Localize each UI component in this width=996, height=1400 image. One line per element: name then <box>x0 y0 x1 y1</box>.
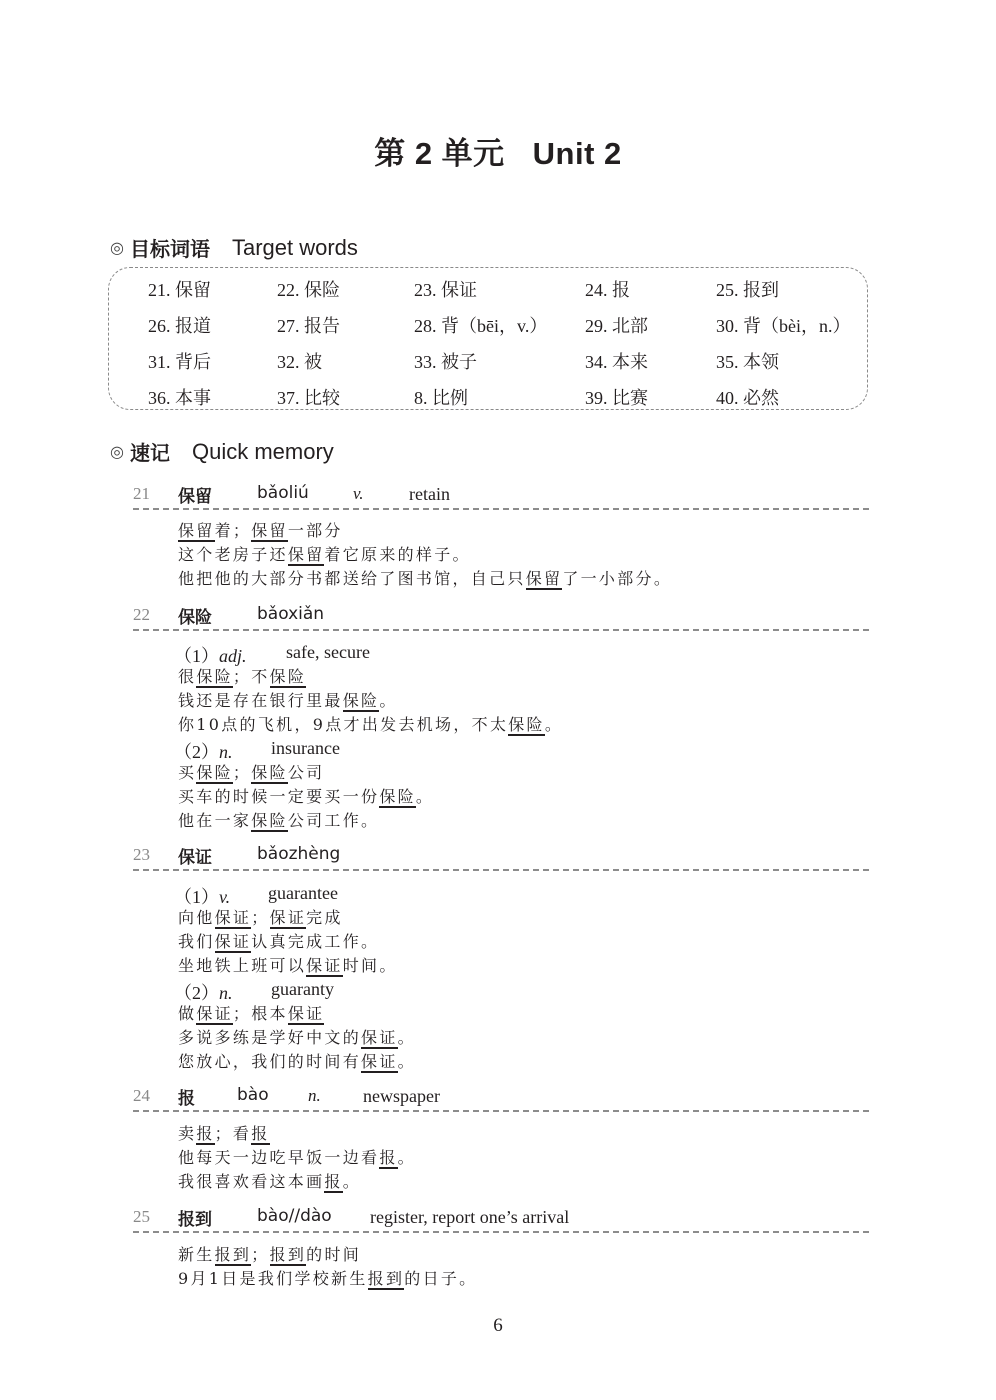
example-line: 买车的时候一定要买一份保险。 <box>178 786 434 808</box>
sense-pos: adj. <box>219 646 247 666</box>
example-line: 我们保证认真完成工作。 <box>178 931 379 953</box>
target-word: 8. 比例 <box>414 384 468 410</box>
target-word: 23. 保证 <box>414 276 477 302</box>
entry-pinyin: bǎozhèng <box>257 844 340 864</box>
example-line: 做保证；根本保证 <box>178 1003 324 1025</box>
sense-gloss: safe, secure <box>286 642 370 663</box>
target-word: 21. 保留 <box>148 276 211 302</box>
target-words-heading: ◎ 目标词语 Target words <box>110 233 358 262</box>
entry-pinyin: bǎoxiǎn <box>257 604 324 624</box>
sense-line: （1）adj. safe, secure <box>174 642 247 668</box>
entry-number: 22 <box>133 605 150 625</box>
target-word: 27. 报告 <box>277 312 340 338</box>
unit-title: 第 2 单元Unit 2 <box>0 128 996 173</box>
example-line: 向他保证；保证完成 <box>178 907 343 929</box>
textbook-page: 第 2 单元Unit 2 ◎ 目标词语 Target words 21. 保留 … <box>0 0 996 1400</box>
example-line: 多说多练是学好中文的保证。 <box>178 1027 416 1049</box>
entry-header-24: 24 报 bào n. newspaper <box>133 1084 869 1112</box>
sense-gloss: insurance <box>271 738 340 759</box>
target-word: 28. 背（bēi，v.） <box>414 312 547 338</box>
example-line: 他每天一边吃早饭一边看报。 <box>178 1147 416 1169</box>
target-word: 36. 本事 <box>148 384 211 410</box>
target-word: 33. 被子 <box>414 348 477 374</box>
target-word: 40. 必然 <box>716 384 779 410</box>
entry-word: 保险 <box>178 603 212 628</box>
sense-pos: n. <box>219 983 233 1003</box>
quick-memory-heading-zh: 速记 <box>130 437 170 466</box>
quick-memory-heading-en: Quick memory <box>192 439 334 465</box>
target-word: 22. 保险 <box>277 276 340 302</box>
target-words-heading-en: Target words <box>232 235 358 261</box>
example-line: 新生报到；报到的时间 <box>178 1244 361 1266</box>
sense-line: （1）v. guarantee <box>174 883 230 909</box>
example-line: 我很喜欢看这本画报。 <box>178 1171 361 1193</box>
example-line: 保留着；保留一部分 <box>178 520 343 542</box>
entry-gloss: retain <box>409 484 450 505</box>
entry-pos: v. <box>353 484 364 504</box>
entry-header-21: 21 保留 bǎoliú v. retain <box>133 482 869 510</box>
target-word: 26. 报道 <box>148 312 211 338</box>
example-line: 9月1日是我们学校新生报到的日子。 <box>178 1268 477 1290</box>
quick-memory-heading: ◎ 速记 Quick memory <box>110 437 334 466</box>
target-word: 32. 被 <box>277 348 322 374</box>
entry-number: 23 <box>133 845 150 865</box>
sense-label: （2） <box>174 742 219 762</box>
target-words-heading-zh: 目标词语 <box>130 233 210 262</box>
entry-header-22: 22 保险 bǎoxiǎn <box>133 603 869 631</box>
target-word: 29. 北部 <box>585 312 648 338</box>
sense-label: （2） <box>174 983 219 1003</box>
target-word: 34. 本来 <box>585 348 648 374</box>
entry-word: 报到 <box>178 1205 212 1230</box>
sense-line: （2）n. insurance <box>174 738 233 764</box>
example-line: 钱还是存在银行里最保险。 <box>178 690 398 712</box>
example-line: 坐地铁上班可以保证时间。 <box>178 955 398 977</box>
sense-gloss: guaranty <box>271 979 334 1000</box>
example-line: 他在一家保险公司工作。 <box>178 810 379 832</box>
entry-gloss: register, report one’s arrival <box>370 1207 569 1228</box>
example-line: 他把他的大部分书都送给了图书馆，自己只保留了一小部分。 <box>178 568 672 590</box>
unit-title-chinese: 第 2 单元 <box>374 136 504 171</box>
double-circle-icon: ◎ <box>110 442 124 461</box>
sense-pos: n. <box>219 742 233 762</box>
target-word: 24. 报 <box>585 276 630 302</box>
example-line: 您放心，我们的时间有保证。 <box>178 1051 416 1073</box>
entry-pinyin: bǎoliú <box>257 483 309 503</box>
entry-gloss: newspaper <box>363 1086 440 1107</box>
target-word: 30. 背（bèi，n.） <box>716 312 851 338</box>
example-line: 买保险；保险公司 <box>178 762 324 784</box>
entry-pinyin: bào//dào <box>257 1206 332 1226</box>
entry-word: 保证 <box>178 843 212 868</box>
example-line: 这个老房子还保留着它原来的样子。 <box>178 544 471 566</box>
entry-word: 报 <box>178 1084 195 1109</box>
target-word: 37. 比较 <box>277 384 340 410</box>
example-line: 很保险；不保险 <box>178 666 306 688</box>
entry-header-25: 25 报到 bào//dào register, report one’s ar… <box>133 1205 869 1233</box>
entry-pinyin: bào <box>237 1085 269 1105</box>
entry-word: 保留 <box>178 482 212 507</box>
sense-label: （1） <box>174 646 219 666</box>
target-word: 39. 比赛 <box>585 384 648 410</box>
target-word: 25. 报到 <box>716 276 779 302</box>
sense-pos: v. <box>219 887 230 907</box>
page-number: 6 <box>0 1315 996 1337</box>
sense-label: （1） <box>174 887 219 907</box>
example-line: 你10点的飞机，9点才出发去机场，不太保险。 <box>178 714 563 736</box>
entry-number: 25 <box>133 1207 150 1227</box>
entry-header-23: 23 保证 bǎozhèng <box>133 843 869 871</box>
example-line: 卖报；看报 <box>178 1123 270 1145</box>
entry-number: 24 <box>133 1086 150 1106</box>
double-circle-icon: ◎ <box>110 238 124 257</box>
sense-gloss: guarantee <box>268 883 338 904</box>
entry-pos: n. <box>308 1086 321 1106</box>
unit-title-english: Unit 2 <box>533 136 622 171</box>
target-word: 31. 背后 <box>148 348 211 374</box>
sense-line: （2）n. guaranty <box>174 979 233 1005</box>
target-word: 35. 本领 <box>716 348 779 374</box>
entry-number: 21 <box>133 484 150 504</box>
